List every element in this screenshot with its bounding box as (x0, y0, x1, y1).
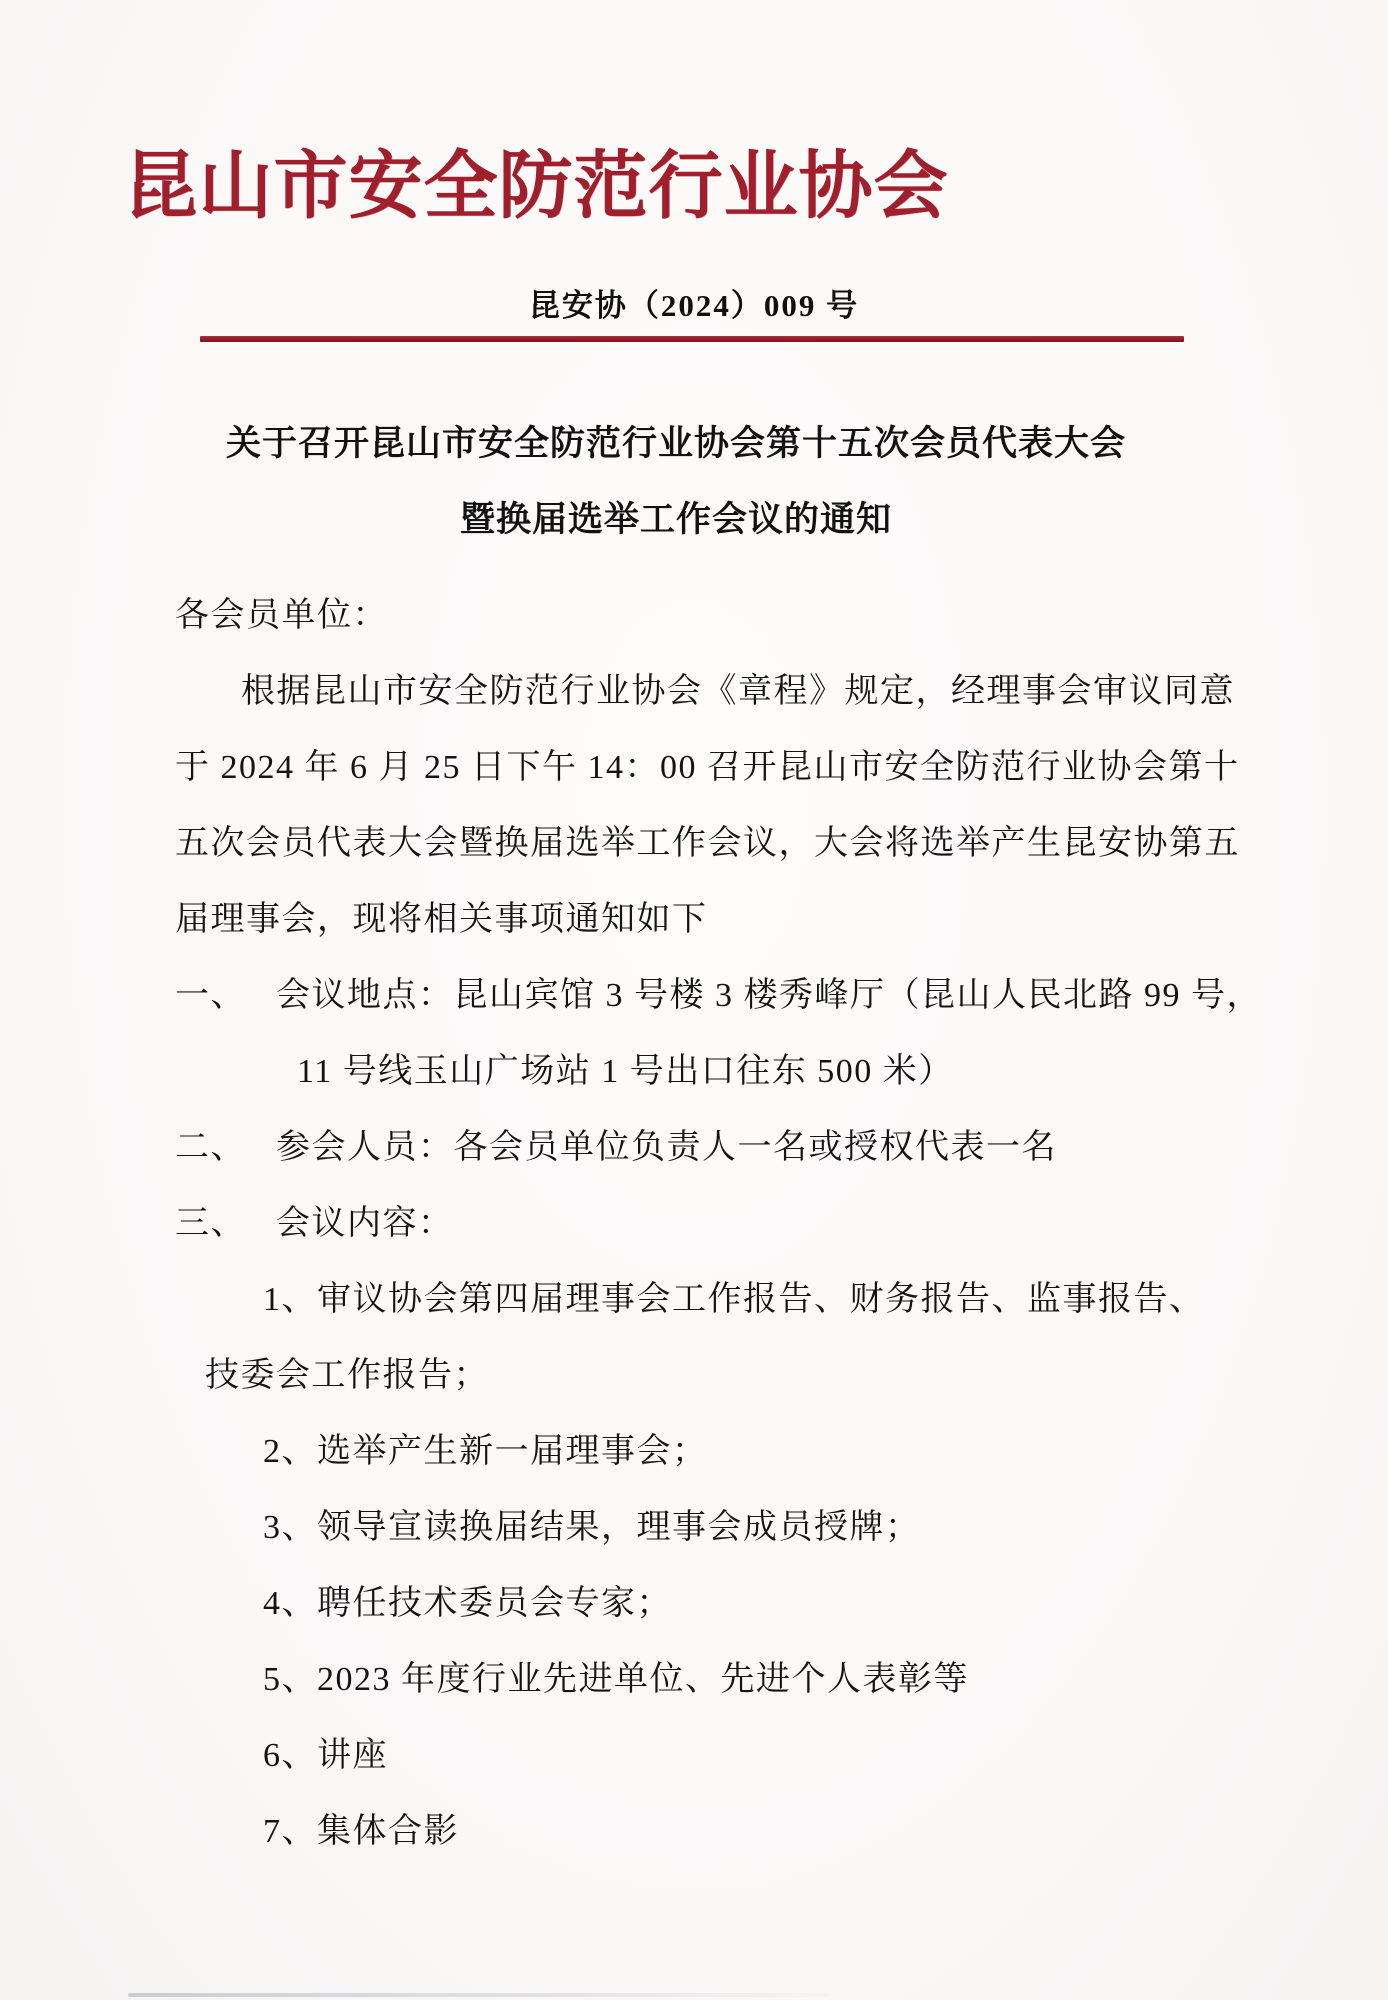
list-item-2-label: 二、 (175, 1110, 246, 1186)
sub-item-1: 1、审议协会第四届理事会工作报告、财务报告、监事报告、 (263, 1262, 1388, 1338)
sub-item-3: 3、领导宣读换届结果，理事会成员授牌； (263, 1490, 1388, 1566)
list-item-2-text: 参会人员：各会员单位负责人一名或授权代表一名 (276, 1129, 1057, 1166)
list-item-3: 三、会议内容： (175, 1186, 1388, 1262)
list-item-3-label: 三、 (175, 1186, 246, 1262)
notice-title-line1: 关于召开昆山市安全防范行业协会第十五次会员代表大会 (0, 406, 1370, 482)
document-page: 昆山市安全防范行业协会 昆安协（2024）009 号 关于召开昆山市安全防范行业… (0, 0, 1388, 2000)
paragraph-line: 于 2024 年 6 月 25 日下午 14：00 召开昆山市安全防范行业协会第… (175, 730, 1388, 806)
sub-item-1-continuation: 技委会工作报告； (205, 1338, 1388, 1414)
red-divider-line (200, 336, 1184, 342)
list-item-1-label: 一、 (175, 958, 246, 1034)
notice-title-line2: 暨换届选举工作会议的通知 (0, 482, 1370, 558)
notice-body: 各会员单位： 根据昆山市安全防范行业协会《章程》规定，经理事会审议同意 于 20… (0, 578, 1388, 1870)
list-item-1-continuation: 11 号线玉山广场站 1 号出口往东 500 米） (297, 1034, 1388, 1110)
association-name-heading: 昆山市安全防范行业协会 (0, 0, 1230, 236)
document-number: 昆安协（2024）009 号 (0, 284, 1388, 328)
paragraph-line: 届理事会，现将相关事项通知如下 (175, 882, 1388, 958)
sub-item-2: 2、选举产生新一届理事会； (263, 1414, 1388, 1490)
sub-item-7: 7、集体合影 (263, 1794, 1388, 1870)
sub-item-6: 6、讲座 (263, 1718, 1388, 1794)
list-item-1-text: 会议地点：昆山宾馆 3 号楼 3 楼秀峰厅（昆山人民北路 99 号， (276, 977, 1262, 1014)
sub-item-4: 4、聘任技术委员会专家； (263, 1566, 1388, 1642)
list-item-1: 一、会议地点：昆山宾馆 3 号楼 3 楼秀峰厅（昆山人民北路 99 号， (175, 958, 1388, 1034)
sub-item-5: 5、2023 年度行业先进单位、先进个人表彰等 (263, 1642, 1388, 1718)
paragraph-line: 根据昆山市安全防范行业协会《章程》规定，经理事会审议同意 (241, 654, 1388, 730)
scan-bottom-edge-artifact (128, 1993, 828, 1997)
paragraph-line: 五次会员代表大会暨换届选举工作会议，大会将选举产生昆安协第五 (175, 806, 1388, 882)
notice-title: 关于召开昆山市安全防范行业协会第十五次会员代表大会 暨换届选举工作会议的通知 (0, 406, 1370, 558)
salutation: 各会员单位： (175, 578, 1388, 654)
list-item-2: 二、参会人员：各会员单位负责人一名或授权代表一名 (175, 1110, 1388, 1186)
list-item-3-text: 会议内容： (276, 1205, 454, 1242)
